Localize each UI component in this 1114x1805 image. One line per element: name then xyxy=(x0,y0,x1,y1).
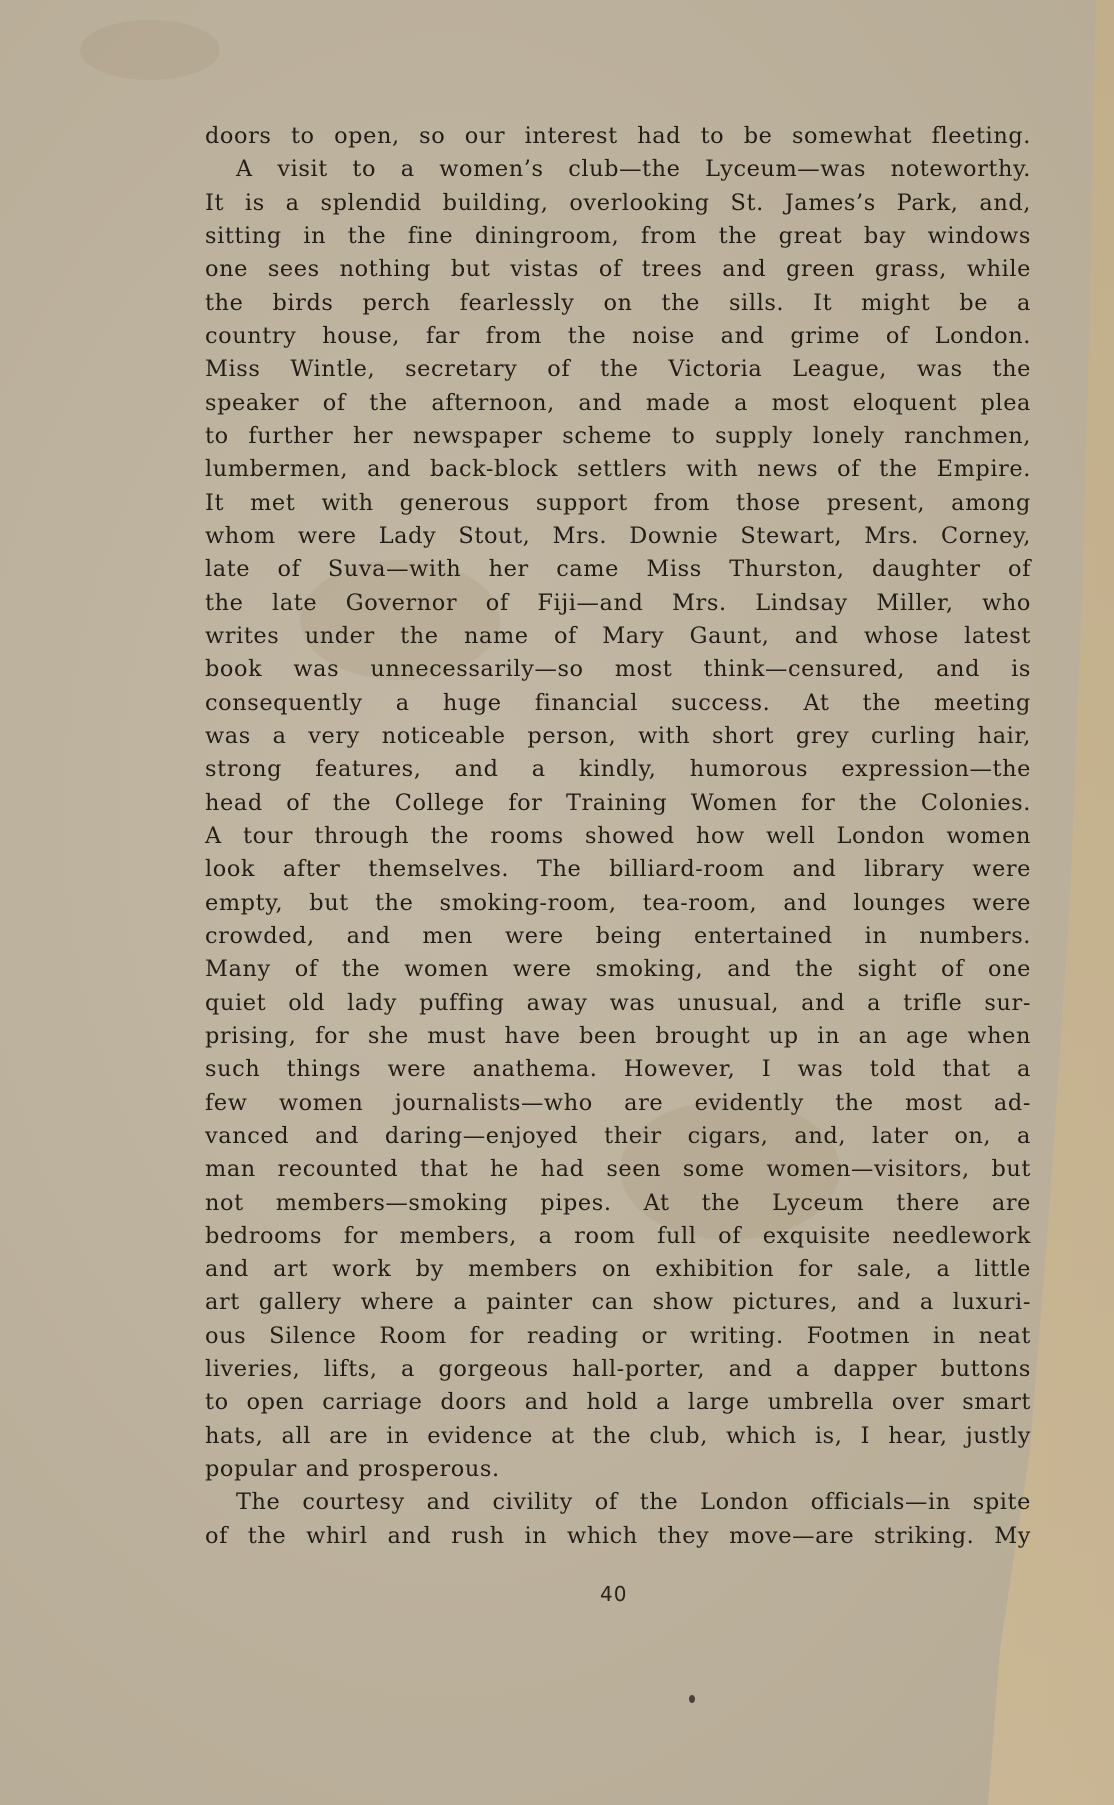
text-line: ous Silence Room for reading or writing.… xyxy=(205,1320,1031,1353)
text-line: not members—smoking pipes. At the Lyceum… xyxy=(205,1187,1031,1220)
text-line: country house, far from the noise and gr… xyxy=(205,320,1031,353)
text-line: The courtesy and civility of the London … xyxy=(205,1486,1031,1519)
text-line: A visit to a women’s club—the Lyceum—was… xyxy=(205,153,1031,186)
body-text: doors to open, so our interest had to be… xyxy=(205,120,1031,1553)
text-line: lumbermen, and back-block settlers with … xyxy=(205,453,1031,486)
text-line: of the whirl and rush in which they move… xyxy=(205,1520,1031,1553)
text-line: man recounted that he had seen some wome… xyxy=(205,1153,1031,1186)
text-line: was a very noticeable person, with short… xyxy=(205,720,1031,753)
text-line: book was unnecessarily—so most think—cen… xyxy=(205,653,1031,686)
text-line: head of the College for Training Women f… xyxy=(205,787,1031,820)
text-line: strong features, and a kindly, humorous … xyxy=(205,753,1031,786)
text-line: such things were anathema. However, I wa… xyxy=(205,1053,1031,1086)
text-line: bedrooms for members, a room full of exq… xyxy=(205,1220,1031,1253)
paper-stain xyxy=(80,20,220,80)
text-line: speaker of the afternoon, and made a mos… xyxy=(205,387,1031,420)
text-line: one sees nothing but vistas of trees and… xyxy=(205,253,1031,286)
text-line: Miss Wintle, secretary of the Victoria L… xyxy=(205,353,1031,386)
text-line: quiet old lady puffing away was unusual,… xyxy=(205,987,1031,1020)
text-line: writes under the name of Mary Gaunt, and… xyxy=(205,620,1031,653)
text-line: to open carriage doors and hold a large … xyxy=(205,1386,1031,1419)
text-line: It met with generous support from those … xyxy=(205,487,1031,520)
text-line: whom were Lady Stout, Mrs. Downie Stewar… xyxy=(205,520,1031,553)
text-line: the birds perch fearlessly on the sills.… xyxy=(205,287,1031,320)
text-line: late of Suva—with her came Miss Thurston… xyxy=(205,553,1031,586)
text-line: It is a splendid building, overlooking S… xyxy=(205,187,1031,220)
text-line: few women journalists—who are evidently … xyxy=(205,1087,1031,1120)
text-line: to further her newspaper scheme to suppl… xyxy=(205,420,1031,453)
text-line: sitting in the fine diningroom, from the… xyxy=(205,220,1031,253)
text-line: popular and prosperous. xyxy=(205,1453,1031,1486)
text-line: crowded, and men were being entertained … xyxy=(205,920,1031,953)
text-line: Many of the women were smoking, and the … xyxy=(205,953,1031,986)
text-line: empty, but the smoking-room, tea-room, a… xyxy=(205,887,1031,920)
text-line: liveries, lifts, a gorgeous hall-porter,… xyxy=(205,1353,1031,1386)
text-line: look after themselves. The billiard-room… xyxy=(205,853,1031,886)
text-line: consequently a huge financial success. A… xyxy=(205,687,1031,720)
text-line: A tour through the rooms showed how well… xyxy=(205,820,1031,853)
page-number: 40 xyxy=(600,1582,627,1606)
text-line: vanced and daring—enjoyed their cigars, … xyxy=(205,1120,1031,1153)
ink-spot xyxy=(689,1695,695,1703)
text-line: hats, all are in evidence at the club, w… xyxy=(205,1420,1031,1453)
text-line: the late Governor of Fiji—and Mrs. Linds… xyxy=(205,587,1031,620)
text-line: doors to open, so our interest had to be… xyxy=(205,120,1031,153)
text-line: prising, for she must have been brought … xyxy=(205,1020,1031,1053)
text-line: and art work by members on exhibition fo… xyxy=(205,1253,1031,1286)
text-line: art gallery where a painter can show pic… xyxy=(205,1286,1031,1319)
